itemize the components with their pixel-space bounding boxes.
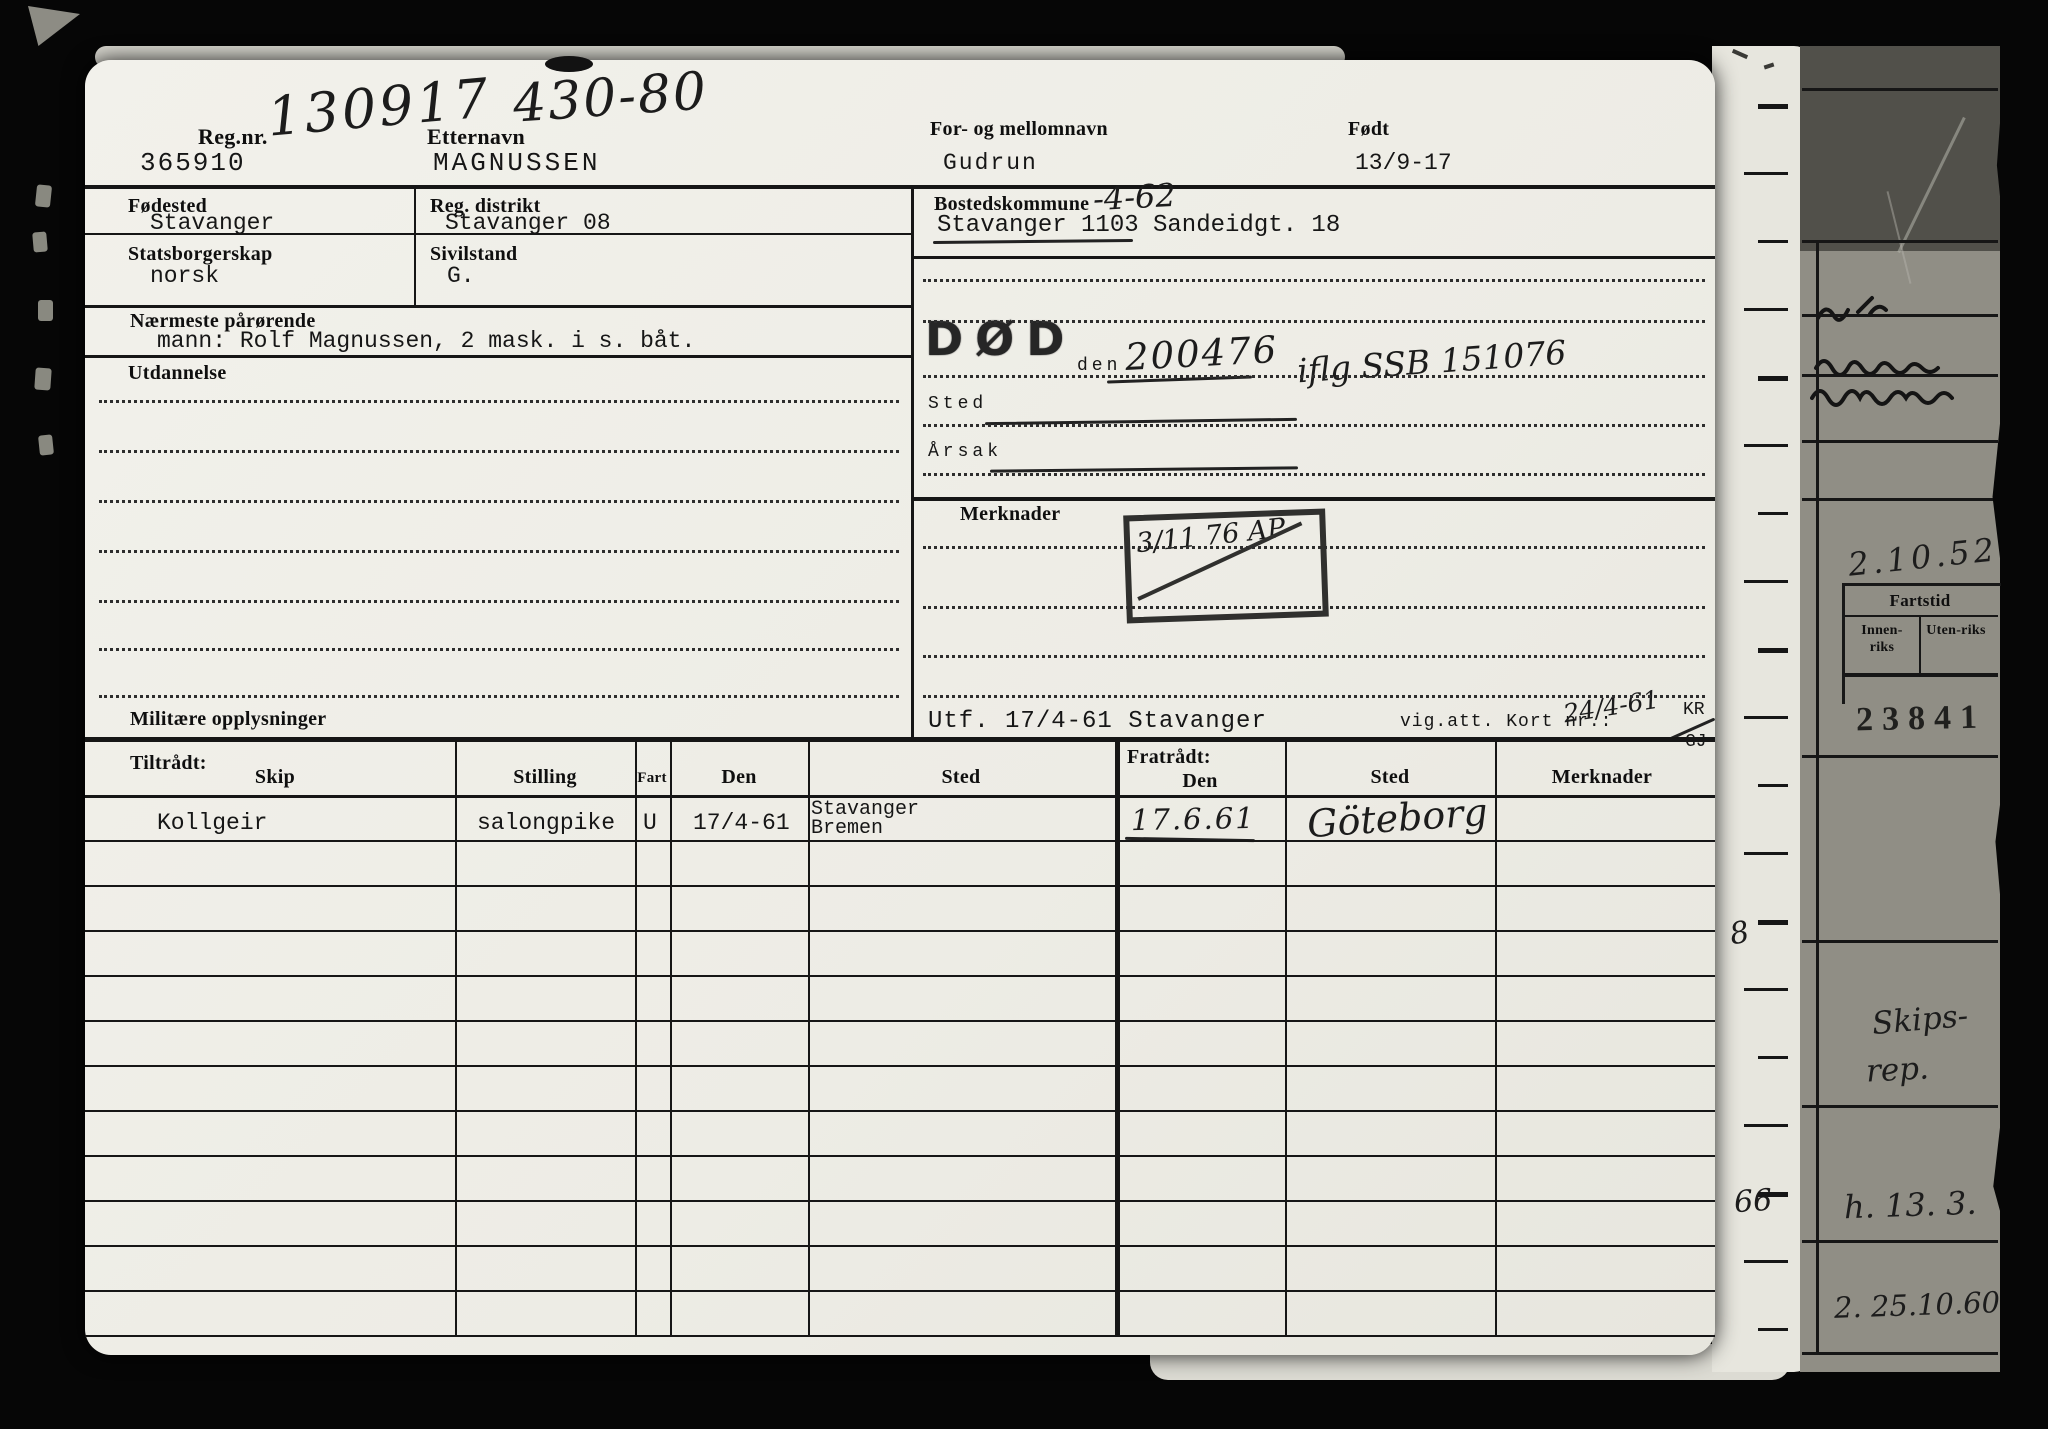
table-column-line	[808, 737, 810, 1335]
margin-note-66: 66	[1733, 1183, 1774, 1221]
corner-paper-fragment	[28, 6, 80, 46]
table-row-line	[85, 885, 1715, 887]
table-column-line	[635, 737, 637, 1335]
col-merknader: Merknader	[1499, 766, 1705, 789]
table-row-line	[85, 1065, 1715, 1067]
edge-mark	[38, 434, 54, 455]
col-fratradt-sted: Sted	[1289, 766, 1491, 789]
table-row-line	[85, 1110, 1715, 1112]
table-row-line	[85, 1155, 1715, 1157]
dotted-rule	[923, 695, 1705, 698]
back-card-line	[1802, 314, 1998, 317]
hand-underline	[933, 239, 1133, 244]
innenriks-label: Innen-riks	[1851, 622, 1913, 656]
ink-blot	[545, 56, 593, 72]
dotted-rule	[99, 550, 899, 553]
edge-mark	[35, 184, 52, 207]
parorende-value: mann: Rolf Magnussen, 2 mask. i s. båt.	[157, 328, 695, 354]
serial-number: 365910	[140, 148, 246, 178]
back-card-line	[1802, 498, 1998, 501]
tick-mark	[1744, 988, 1788, 991]
tick-mark	[1758, 104, 1788, 109]
tick-mark	[1744, 172, 1788, 175]
etternavn-label: Etternavn	[427, 124, 525, 150]
tick-mark	[1744, 308, 1788, 311]
fartstid-stamp-number: 23841	[1856, 699, 1987, 740]
tick-mark	[1758, 1056, 1788, 1059]
born-label: Født	[1348, 118, 1389, 141]
table-column-line	[670, 737, 672, 1335]
col-skip: Skip	[140, 766, 410, 789]
initials-bottom: GJ	[1685, 732, 1707, 752]
back-card-line	[1802, 374, 1998, 377]
reference-handwritten: 430-80	[511, 61, 710, 134]
table-column-line	[1285, 737, 1287, 1335]
regnr-label: Reg.nr.	[198, 124, 268, 150]
dotted-rule	[99, 500, 899, 503]
midname-value: Gudrun	[943, 150, 1038, 176]
dotted-rule	[923, 320, 1705, 323]
back-card-line	[1802, 1240, 1998, 1243]
tick-mark	[1758, 512, 1788, 515]
back-card-note-h13: h. 13. 3.	[1843, 1184, 1977, 1227]
militaere-label: Militære opplysninger	[130, 708, 327, 731]
tick-mark	[1758, 1328, 1788, 1331]
back-card-line	[1802, 440, 1998, 443]
hand-underline	[990, 466, 1298, 472]
col-sted: Sted	[811, 766, 1111, 789]
tick-mark	[1744, 716, 1788, 719]
edge-mark	[32, 231, 48, 252]
tick-mark	[1758, 920, 1788, 925]
tick-mark	[1744, 580, 1788, 583]
initials-top: KR	[1683, 700, 1705, 720]
dead-den-label: den	[1077, 356, 1121, 376]
utdannelse-label: Utdannelse	[128, 362, 227, 385]
tick-mark	[1744, 444, 1788, 447]
dotted-rule	[923, 279, 1705, 282]
back-card-shadow	[1800, 46, 2000, 251]
row1-stilling: salongpike	[477, 810, 615, 836]
dotted-rule	[923, 546, 1705, 549]
dotted-rule	[99, 600, 899, 603]
handwriting-scribble	[1810, 290, 1995, 440]
col-fratradt-den: Den	[1119, 770, 1281, 793]
table-row-line	[85, 1245, 1715, 1247]
row1-skip: Kollgeir	[157, 810, 267, 836]
tick-mark	[1744, 1260, 1788, 1263]
table-row-line	[85, 930, 1715, 932]
tick-mark	[1758, 376, 1788, 381]
dotted-rule	[99, 648, 899, 651]
tick-mark	[1758, 240, 1788, 243]
under-card-edge	[1712, 46, 1814, 1372]
back-card-line	[1802, 1352, 1998, 1355]
row1-fratradt-den-handwritten: 17.6.61	[1131, 801, 1256, 837]
pencil-mark	[1732, 49, 1748, 59]
back-card-vline	[1816, 240, 1819, 1355]
row1-fratradt-sted-handwritten: Göteborg	[1306, 790, 1489, 846]
col-stilling: Stilling	[460, 766, 630, 789]
midname-label: For- og mellomnavn	[930, 118, 1108, 141]
dotted-rule	[923, 473, 1705, 476]
dotted-rule	[923, 424, 1705, 427]
stampbox-diagonal	[1129, 515, 1310, 605]
table-column-line	[1115, 737, 1120, 1335]
fartstid-label: Fartstid	[1845, 591, 1995, 611]
table-row-line	[85, 975, 1715, 977]
arsak-label: Årsak	[928, 442, 1002, 462]
row1-den: 17/4-61	[693, 810, 790, 836]
dead-date-handwritten: 200476	[1124, 328, 1279, 379]
back-card-line	[1802, 940, 1998, 943]
col-fart: Fart	[633, 770, 671, 787]
back-card-line	[1802, 1105, 1998, 1108]
statsborgerskap-value: norsk	[150, 263, 219, 289]
merknader-label: Merknader	[960, 503, 1060, 526]
row1-fart: U	[643, 810, 657, 836]
tick-mark	[1758, 1192, 1788, 1197]
regdistrikt-value: Stavanger 08	[445, 210, 611, 236]
tick-mark	[1744, 1124, 1788, 1127]
fodested-value: Stavanger	[150, 210, 274, 236]
fartstid-box: Fartstid Innen-riks Uten-riks	[1842, 583, 2001, 704]
dotted-rule	[99, 400, 899, 403]
table-row-line	[85, 840, 1715, 842]
table-row-line	[85, 1200, 1715, 1202]
back-card-line	[1802, 88, 1998, 91]
table-row-line	[85, 1335, 1715, 1337]
sted-label: Sted	[928, 394, 987, 414]
row1-sted-line2: Bremen	[811, 817, 883, 840]
fratradt-label: Fratrådt:	[1127, 746, 1211, 769]
tick-mark	[1758, 784, 1788, 787]
dotted-rule	[923, 606, 1705, 609]
dead-source-note: iflg SSB 151076	[1296, 333, 1568, 391]
utenriks-label: Uten-riks	[1925, 622, 1987, 639]
edge-mark	[38, 300, 53, 321]
back-card-note-bottom: 2. 25.10.60	[1833, 1285, 2000, 1325]
pencil-mark	[1764, 63, 1775, 70]
dotted-rule	[923, 655, 1705, 658]
utf-line: Utf. 17/4-61 Stavanger	[928, 708, 1267, 735]
sivilstand-value: G.	[447, 263, 475, 289]
born-value: 13/9-17	[1355, 150, 1452, 176]
back-card-line	[1802, 240, 1998, 243]
bosted-address: Sandeidgt. 18	[1153, 212, 1340, 239]
skipsreg-note-line2: rep.	[1865, 1050, 1930, 1089]
table-column-line	[455, 737, 457, 1335]
dotted-rule	[923, 375, 1705, 378]
back-card-line	[1802, 755, 1998, 758]
table-row-line	[85, 1290, 1715, 1292]
surname-value: MAGNUSSEN	[433, 148, 600, 178]
dotted-rule	[99, 695, 899, 698]
table-row-line	[85, 1020, 1715, 1022]
register-card: Reg.nr. 130917 Etternavn 430-80 365910 M…	[85, 60, 1715, 1355]
dotted-rule	[99, 450, 899, 453]
tick-mark	[1758, 648, 1788, 653]
tick-mark	[1744, 852, 1788, 855]
edge-mark	[34, 367, 51, 390]
col-den: Den	[673, 766, 805, 789]
bosted-value: Stavanger 1103	[937, 212, 1139, 239]
table-column-line	[1495, 737, 1497, 1335]
scanned-register-card-page: 8 66 2.10.52 Fartstid Innen-riks Uten-ri…	[0, 0, 2048, 1429]
